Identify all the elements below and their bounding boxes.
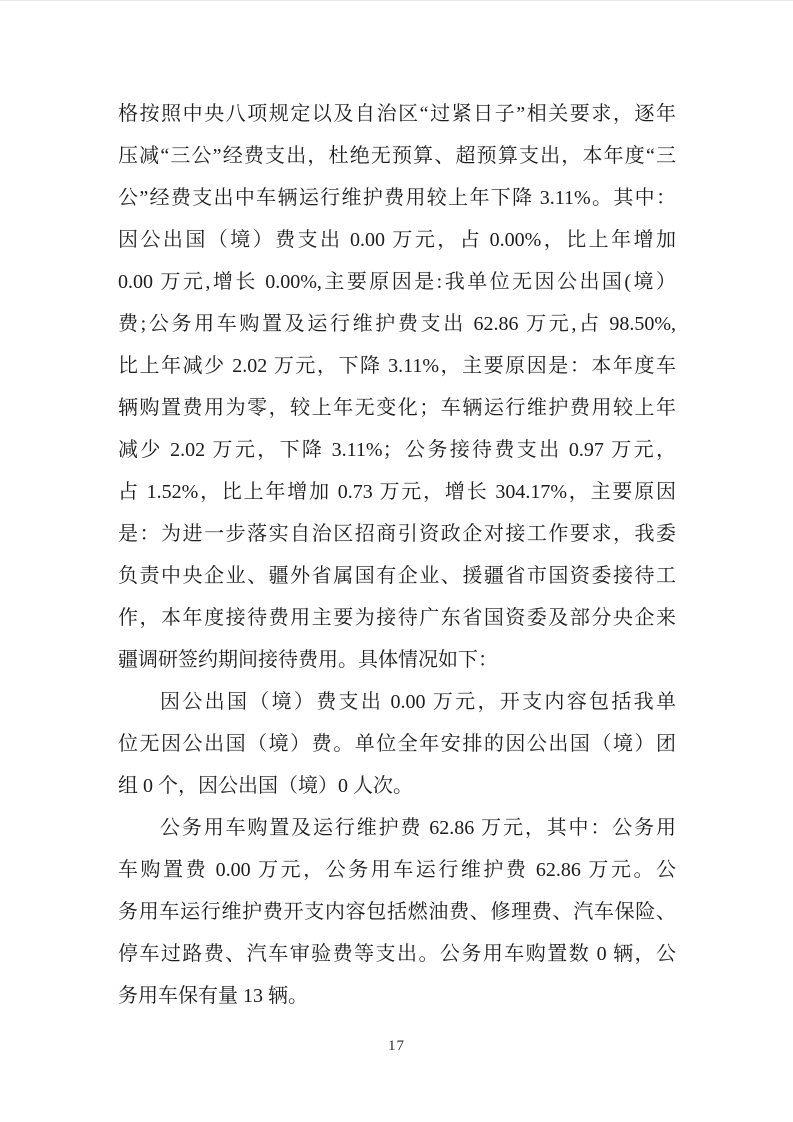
text-line: 0.00 万元,增长 0.00%,主要原因是:我单位无因公出国(境） [118, 261, 676, 303]
text-line: 疆调研签约期间接待费用。具体情况如下： [118, 639, 676, 681]
text-line: 作，本年度接待费用主要为接待广东省国资委及部分央企来 [118, 597, 676, 639]
text-line: 辆购置费用为零，较上年无变化；车辆运行维护费用较上年 [118, 387, 676, 429]
text-line: 负责中央企业、疆外省属国有企业、援疆省市国资委接待工 [118, 555, 676, 597]
paragraph: 因公出国（境）费支出 0.00 万元，开支内容包括我单位无因公出国（境）费。单位… [118, 681, 676, 807]
text-line: 务用车保有量 13 辆。 [118, 975, 676, 1017]
text-line: 位无因公出国（境）费。单位全年安排的因公出国（境）团 [118, 723, 676, 765]
paragraph: 公务用车购置及运行维护费 62.86 万元，其中：公务用车购置费 0.00 万元… [118, 807, 676, 1017]
paragraph: 格按照中央八项规定以及自治区“过紧日子”相关要求，逐年压减“三公”经费支出，杜绝… [118, 93, 676, 681]
text-line: 因公出国（境）费支出 0.00 万元，开支内容包括我单 [118, 681, 676, 723]
text-line: 停车过路费、汽车审验费等支出。公务用车购置数 0 辆，公 [118, 933, 676, 975]
text-line: 费;公务用车购置及运行维护费支出 62.86 万元,占 98.50%, [118, 303, 676, 345]
page-number: 17 [0, 1038, 793, 1055]
text-line: 车购置费 0.00 万元，公务用车运行维护费 62.86 万元。公 [118, 849, 676, 891]
text-line: 公”经费支出中车辆运行维护费用较上年下降 3.11%。其中： [118, 177, 676, 219]
text-line: 格按照中央八项规定以及自治区“过紧日子”相关要求，逐年 [118, 93, 676, 135]
text-line: 因公出国（境）费支出 0.00 万元，占 0.00%，比上年增加 [118, 219, 676, 261]
document-page: 格按照中央八项规定以及自治区“过紧日子”相关要求，逐年压减“三公”经费支出，杜绝… [0, 0, 793, 1122]
text-line: 组 0 个，因公出国（境）0 人次。 [118, 765, 676, 807]
text-line: 比上年减少 2.02 万元，下降 3.11%，主要原因是：本年度车 [118, 345, 676, 387]
text-line: 务用车运行维护费开支内容包括燃油费、修理费、汽车保险、 [118, 891, 676, 933]
text-line: 压减“三公”经费支出，杜绝无预算、超预算支出，本年度“三 [118, 135, 676, 177]
text-line: 是：为进一步落实自治区招商引资政企对接工作要求，我委 [118, 513, 676, 555]
text-block: 格按照中央八项规定以及自治区“过紧日子”相关要求，逐年压减“三公”经费支出，杜绝… [118, 93, 676, 1017]
text-line: 减少 2.02 万元，下降 3.11%；公务接待费支出 0.97 万元， [118, 429, 676, 471]
text-line: 占 1.52%，比上年增加 0.73 万元，增长 304.17%，主要原因 [118, 471, 676, 513]
text-line: 公务用车购置及运行维护费 62.86 万元，其中：公务用 [118, 807, 676, 849]
